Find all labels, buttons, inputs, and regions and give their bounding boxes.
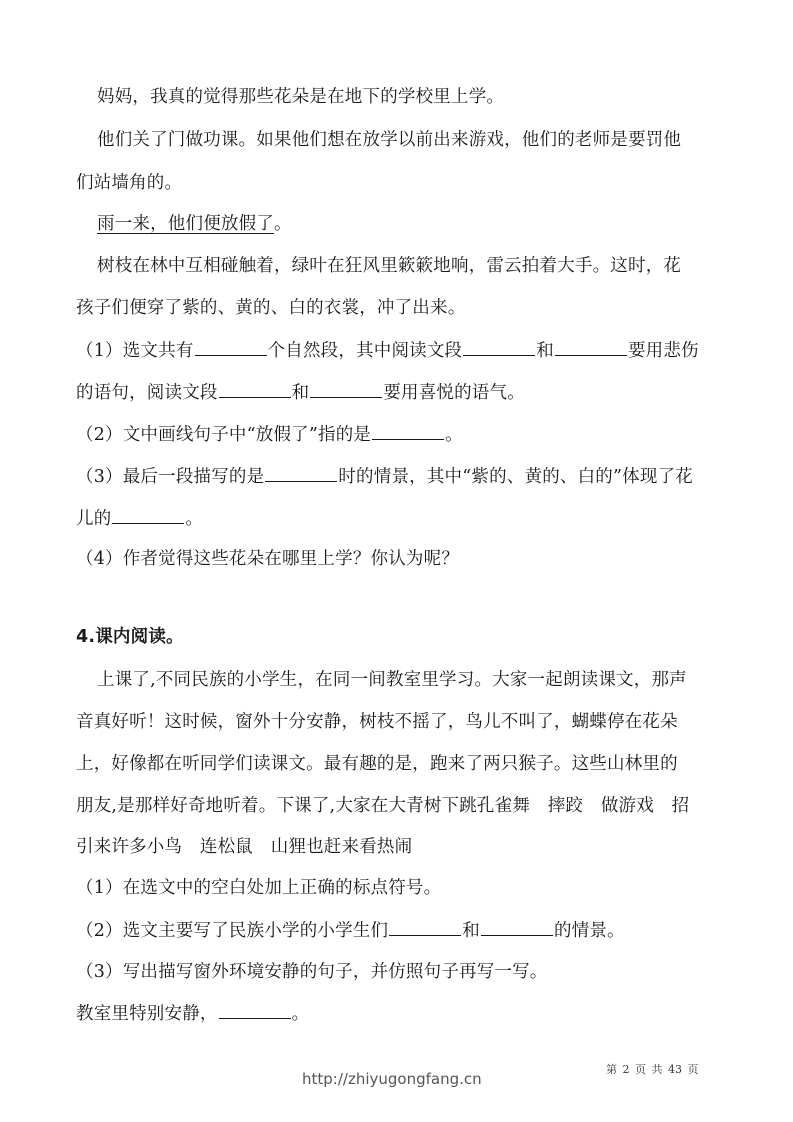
answer-blank[interactable] (265, 465, 337, 482)
answer-blank[interactable] (195, 339, 267, 356)
question-text: （3）最后一段描写的是 (76, 467, 264, 487)
answer-blank[interactable] (219, 381, 291, 398)
question-text: （2）选文主要写了民族小学的小学生们 (76, 921, 388, 941)
question-text: 的情景。 (554, 921, 625, 941)
answer-blank[interactable] (463, 339, 535, 356)
paragraph-line: 朋友,是那样好奇地听着。下课了,大家在大青树下跳孔雀舞 摔跤 做游戏 招 (76, 795, 689, 817)
question-text: （2）文中画线句子中“放假了”指的是 (76, 425, 371, 445)
paragraph-line: 孩子们便穿了紫的、黄的、白的衣裳，冲了出来。 (76, 297, 465, 319)
answer-blank[interactable] (555, 339, 627, 356)
answer-blank[interactable] (310, 381, 382, 398)
paragraph-line: 上课了,不同民族的小学生，在同一间教室里学习。大家一起朗读课文，那声 (97, 669, 687, 691)
s4-question-1: （1）在选文中的空白处加上正确的标点符号。 (76, 877, 441, 899)
paragraph-line: 引来许多小鸟 连松鼠 山狸也赶来看热闹 (76, 836, 412, 858)
underlined-sentence: 雨一来，他们便放假了 (97, 214, 274, 234)
question-1-cont: 的语句，阅读文段和要用喜悦的语气。 (76, 381, 525, 404)
question-text: 要用悲伤 (628, 341, 699, 361)
answer-blank[interactable] (481, 919, 553, 936)
question-text: 。 (445, 425, 463, 445)
document-page: 妈妈，我真的觉得那些花朵是在地下的学校里上学。 他们关了门做功课。如果他们想在放… (0, 0, 793, 1122)
question-text: 。 (292, 1004, 310, 1024)
answer-blank[interactable] (389, 919, 461, 936)
question-text: 的语句，阅读文段 (76, 383, 218, 403)
paragraph-line: 音真好听！这时候，窗外十分安静，树枝不摇了，鸟儿不叫了，蝴蝶停在花朵 (76, 711, 678, 733)
question-2: （2）文中画线句子中“放假了”指的是。 (76, 423, 463, 446)
paragraph-line: 树枝在林中互相碰触着，绿叶在狂风里簌簌地响，雷云拍着大手。这时，花 (97, 255, 681, 277)
punctuation: 。 (274, 214, 292, 234)
underlined-sentence-line: 雨一来，他们便放假了。 (97, 213, 292, 235)
question-text: 教室里特别安静， (76, 1004, 218, 1024)
question-4: （4）作者觉得这些花朵在哪里上学？你认为呢？ (76, 548, 459, 570)
question-text: 和 (536, 341, 554, 361)
paragraph-line: 他们关了门做功课。如果他们想在放学以前出来游戏，他们的老师是要罚他 (97, 129, 681, 151)
question-3-cont: 儿的。 (76, 507, 203, 530)
answer-blank[interactable] (112, 507, 184, 524)
section-heading: 4.课内阅读。 (76, 626, 184, 648)
answer-blank[interactable] (372, 423, 444, 440)
paragraph-line: 上，好像都在听同学们读课文。最有趣的是，跑来了两只猴子。这些山林里的 (76, 753, 678, 775)
question-text: 和 (462, 921, 480, 941)
watermark-url: http://zhiyugongfang.cn (302, 1070, 482, 1088)
question-text: （1）选文共有 (76, 341, 194, 361)
question-text: 儿的 (76, 509, 111, 529)
s4-question-3-prompt: 教室里特别安静，。 (76, 1002, 309, 1025)
question-text: 时的情景，其中“紫的、黄的、白的”体现了花 (338, 467, 693, 487)
s4-question-3: （3）写出描写窗外环境安静的句子，并仿照句子再写一写。 (76, 961, 548, 983)
paragraph-line: 们站墙角的。 (76, 172, 182, 194)
paragraph-line: 妈妈，我真的觉得那些花朵是在地下的学校里上学。 (97, 86, 504, 108)
question-text: 个自然段，其中阅读文段 (268, 341, 463, 361)
question-3: （3）最后一段描写的是时的情景，其中“紫的、黄的、白的”体现了花 (76, 465, 693, 488)
question-text: 。 (185, 509, 203, 529)
question-text: 要用喜悦的语气。 (383, 383, 525, 403)
s4-question-2: （2）选文主要写了民族小学的小学生们和的情景。 (76, 919, 625, 942)
question-1: （1）选文共有个自然段，其中阅读文段和要用悲伤 (76, 339, 699, 362)
question-text: 和 (292, 383, 310, 403)
answer-blank[interactable] (219, 1002, 291, 1019)
page-number: 第 2 页 共 43 页 (606, 1061, 698, 1077)
